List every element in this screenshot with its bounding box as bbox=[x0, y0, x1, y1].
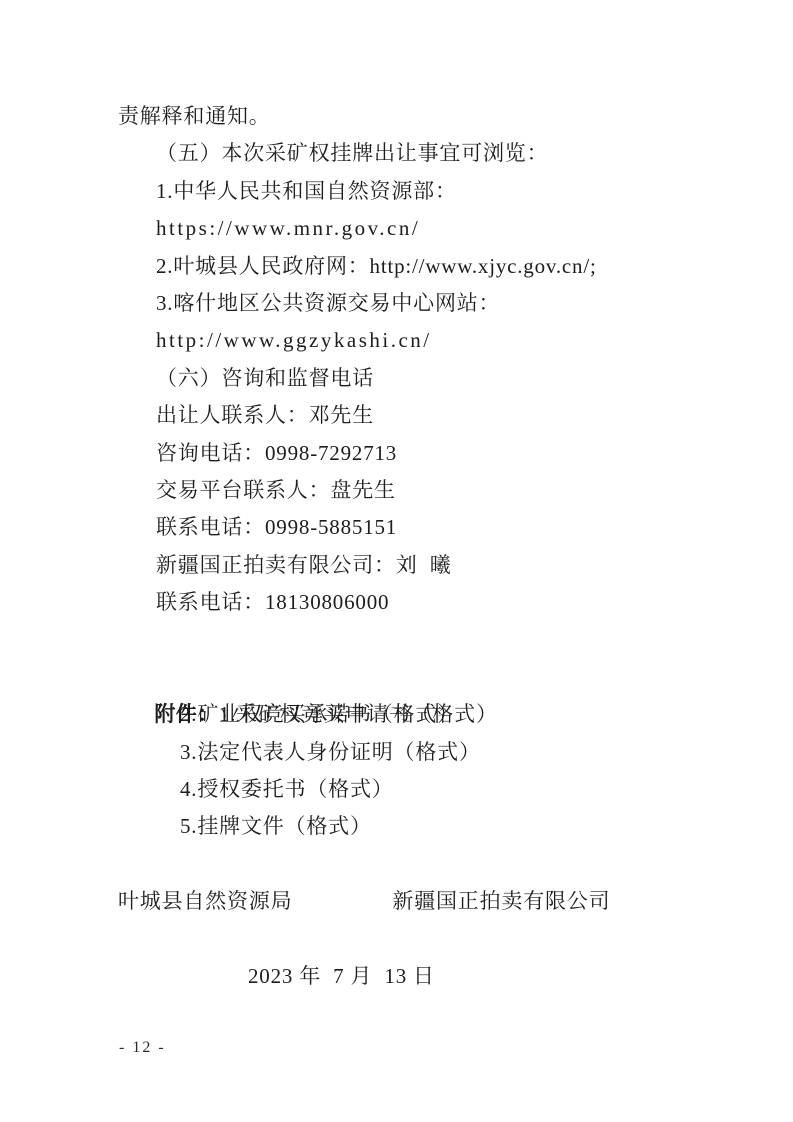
signature-left-org: 叶城县自然资源局 bbox=[118, 883, 292, 920]
section-5-heading: （五）本次采矿权挂牌出让事宜可浏览： bbox=[156, 135, 738, 172]
browse-item-3-url: http://www.ggzykashi.cn/ bbox=[156, 322, 738, 359]
signature-right-org: 新疆国正拍卖有限公司 bbox=[392, 883, 610, 920]
section-6-heading: （六）咨询和监督电话 bbox=[156, 360, 738, 397]
contact-auction-company-person: 新疆国正拍卖有限公司：刘 曦 bbox=[156, 547, 738, 584]
contact-platform-phone: 联系电话：0998-5885151 bbox=[156, 509, 738, 546]
document-body: 责解释和通知。 （五）本次采矿权挂牌出让事宜可浏览： 1.中华人民共和国自然资源… bbox=[0, 0, 793, 995]
contact-auction-company-phone: 联系电话：18130806000 bbox=[156, 584, 738, 621]
attachment-item-4: 4.授权委托书（格式） bbox=[180, 771, 738, 808]
contact-inquiry-phone: 咨询电话：0998-7292713 bbox=[156, 435, 738, 472]
attachment-item-5: 5.挂牌文件（格式） bbox=[180, 808, 738, 845]
signature-row: 叶城县自然资源局 新疆国正拍卖有限公司 bbox=[118, 883, 738, 920]
browse-item-3-label: 3.喀什地区公共资源交易中心网站： bbox=[156, 285, 738, 322]
attachment-item-3: 3.法定代表人身份证明（格式） bbox=[180, 734, 738, 771]
browse-item-2: 2.叶城县人民政府网：http://www.xjyc.gov.cn/; bbox=[156, 248, 738, 285]
document-date: 2023 年 7 月 13 日 bbox=[248, 958, 738, 995]
closing-line: 责解释和通知。 bbox=[118, 98, 738, 135]
page-number: - 12 - bbox=[119, 1038, 166, 1058]
contact-platform-person: 交易平台联系人：盘先生 bbox=[156, 472, 738, 509]
contact-transferor-person: 出让人联系人：邓先生 bbox=[156, 397, 738, 434]
spacer-line bbox=[118, 621, 738, 658]
spacer-line bbox=[118, 921, 738, 958]
browse-item-1-label: 1.中华人民共和国自然资源部： bbox=[156, 173, 738, 210]
document-page: 责解释和通知。 （五）本次采矿权挂牌出让事宜可浏览： 1.中华人民共和国自然资源… bbox=[0, 0, 793, 1122]
browse-item-1-url: https://www.mnr.gov.cn/ bbox=[156, 210, 738, 247]
attachments-first-line: 附件：1.采矿权竞买申请书（格式） bbox=[118, 659, 738, 696]
spacer-line bbox=[118, 846, 738, 883]
